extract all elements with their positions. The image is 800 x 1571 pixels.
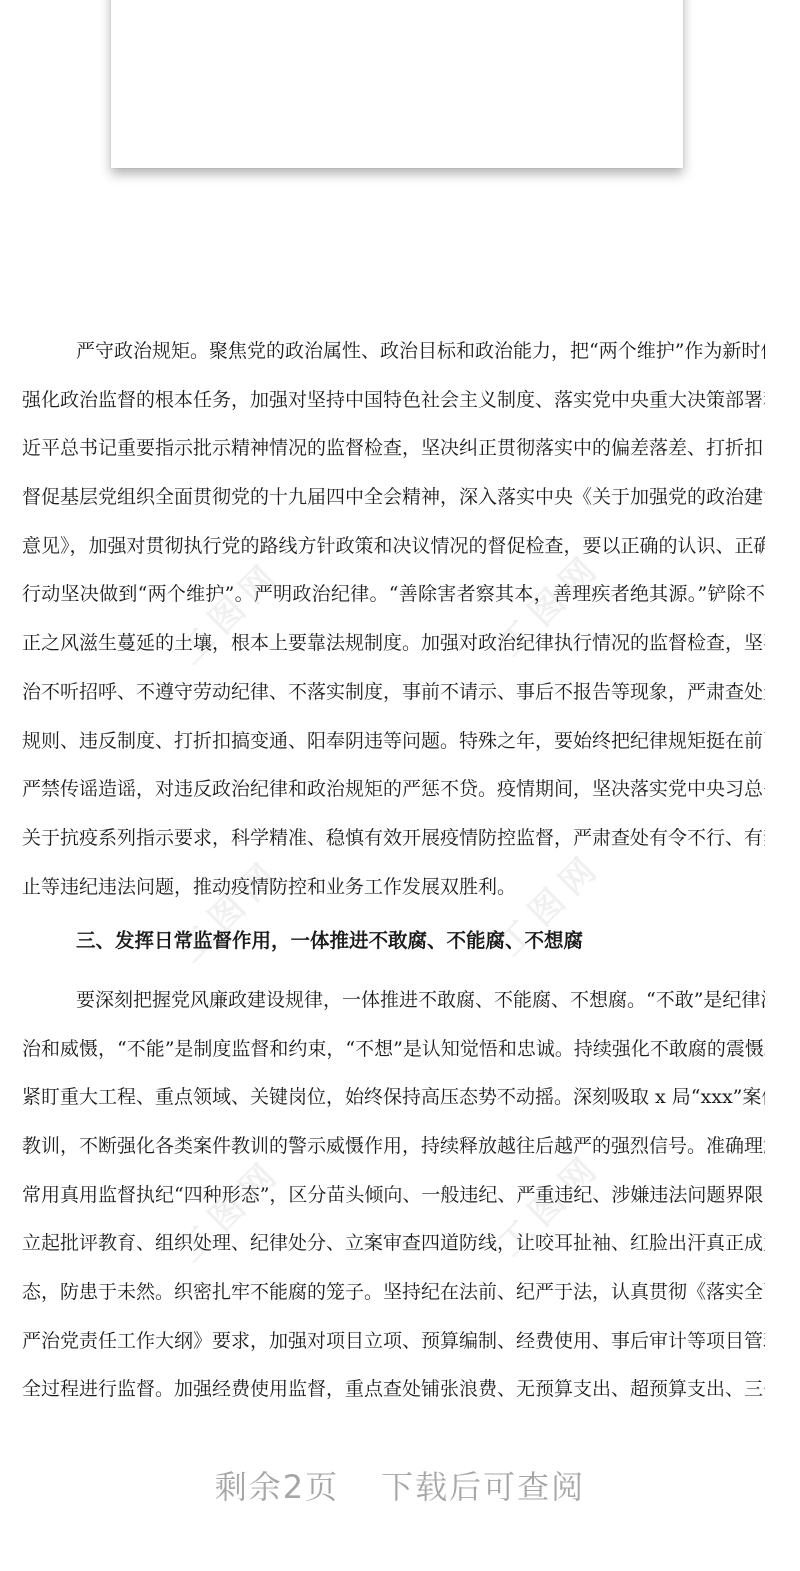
document-line: 规则、违反制度、打折扣搞变通、阳奉阴违等问题。特殊之年，要始终把纪律规矩挺在前面… bbox=[22, 717, 765, 766]
paragraph-political-discipline: 严守政治规矩。聚焦党的政治属性、政治目标和政治能力，把“两个维护”作为新时代 强… bbox=[22, 327, 765, 911]
remaining-pages-hint: 剩余2页下载后可查阅 bbox=[0, 1462, 800, 1508]
paragraph-daily-supervision: 要深刻把握党风廉政建设规律，一体推进不敢腐、不能腐、不想腐。“不敢”是纪律法 治… bbox=[22, 976, 765, 1414]
document-line: 督促基层党组织全面贯彻党的十九届四中全会精神，深入落实中央《关于加强党的政治建设… bbox=[22, 473, 765, 522]
document-line: 严治党责任工作大纲》要求，加强对项目立项、预算编制、经费使用、事后审计等项目管理… bbox=[22, 1317, 765, 1366]
document-line: 严禁传谣造谣，对违反政治纪律和政治规矩的严惩不贷。疫情期间，坚决落实党中央习总书… bbox=[22, 765, 765, 814]
document-line: 关于抗疫系列指示要求，科学精准、稳慎有效开展疫情防控监督，严肃查处有令不行、有禁… bbox=[22, 814, 765, 863]
document-line: 立起批评教育、组织处理、纪律处分、立案审查四道防线，让咬耳扯袖、红脸出汗真正成为… bbox=[22, 1219, 765, 1268]
document-line: 教训，不断强化各类案件教训的警示威慑作用，持续释放越往后越严的强烈信号。准确理解… bbox=[22, 1122, 765, 1171]
document-line: 治不听招呼、不遵守劳动纪律、不落实制度，事前不请示、事后不报告等现象，严肃查处无… bbox=[22, 668, 765, 717]
document-line: 全过程进行监督。加强经费使用监督，重点查处铺张浪费、无预算支出、超预算支出、三公… bbox=[22, 1365, 765, 1414]
document-line: 近平总书记重要指示批示精神情况的监督检查，坚决纠正贯彻落实中的偏差落差、打折扣问… bbox=[22, 424, 765, 473]
document-preview-page: { "page": { "background": "#ffffff", "te… bbox=[0, 0, 800, 1571]
remaining-pages-count: 剩余2页 bbox=[215, 1468, 339, 1506]
document-text-area: 严守政治规矩。聚焦党的政治属性、政治目标和政治能力，把“两个维护”作为新时代 强… bbox=[22, 327, 765, 1414]
document-line: 严守政治规矩。聚焦党的政治属性、政治目标和政治能力，把“两个维护”作为新时代 bbox=[22, 327, 765, 376]
document-line: 紧盯重大工程、重点领域、关键岗位，始终保持高压态势不动摇。深刻吸取 x 局“xx… bbox=[22, 1073, 765, 1122]
document-line: 意见》，加强对贯彻执行党的路线方针政策和决议情况的督促检查，要以正确的认识、正确… bbox=[22, 522, 765, 571]
download-to-view-hint: 下载后可查阅 bbox=[381, 1468, 585, 1506]
document-line: 正之风滋生蔓延的土壤，根本上要靠法规制度。加强对政治纪律执行情况的监督检查，坚决… bbox=[22, 619, 765, 668]
section-heading: 三、发挥日常监督作用，一体推进不敢腐、不能腐、不想腐 bbox=[22, 917, 765, 966]
document-line: 强化政治监督的根本任务，加强对坚持中国特色社会主义制度、落实党中央重大决策部署和… bbox=[22, 376, 765, 425]
previous-page-card bbox=[111, 0, 683, 168]
document-line: 止等违纪违法问题，推动疫情防控和业务工作发展双胜利。 bbox=[22, 863, 765, 912]
document-line: 要深刻把握党风廉政建设规律，一体推进不敢腐、不能腐、不想腐。“不敢”是纪律法 bbox=[22, 976, 765, 1025]
document-line: 常用真用监督执纪“四种形态”，区分苗头倾向、一般违纪、严重违纪、涉嫌违法问题界限… bbox=[22, 1171, 765, 1220]
document-line: 治和威慑，“不能”是制度监督和约束，“不想”是认知觉悟和忠诚。持续强化不敢腐的震… bbox=[22, 1025, 765, 1074]
document-line: 行动坚决做到“两个维护”。严明政治纪律。“善除害者察其本，善理疾者绝其源。”铲除… bbox=[22, 570, 765, 619]
document-line: 态，防患于未然。织密扎牢不能腐的笼子。坚持纪在法前、纪严于法，认真贯彻《落实全面… bbox=[22, 1268, 765, 1317]
